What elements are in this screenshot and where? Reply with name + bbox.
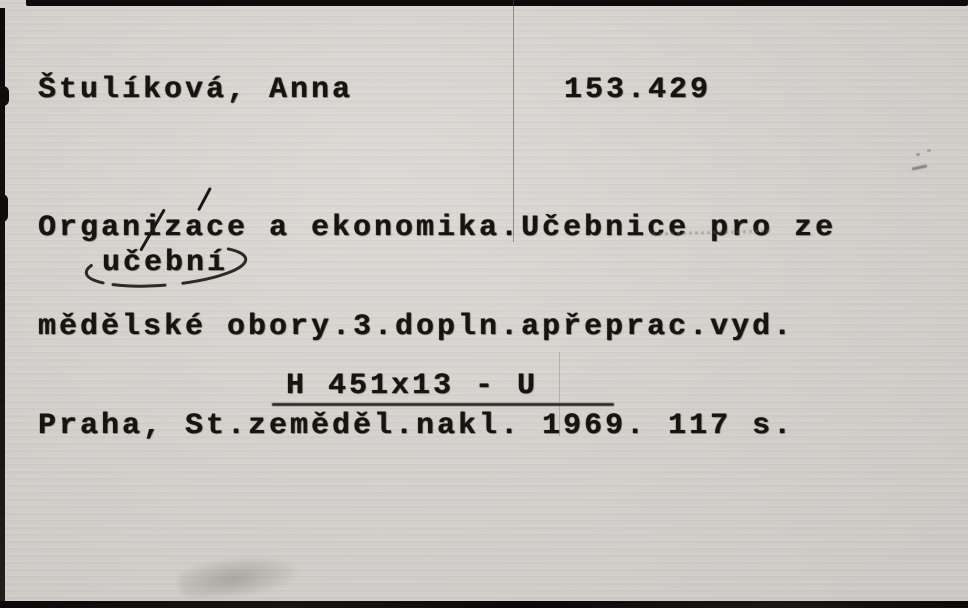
call-number: 153.429 (564, 74, 711, 107)
shelf-mark-underline (272, 403, 614, 406)
body-line: mědělské obory.3.dopln.apřeprac.vyd. (38, 311, 836, 344)
subject-annotation: učební (102, 247, 228, 280)
card-top-edge (26, 0, 968, 6)
body-line: Praha, St.zeměděl.nakl. 1969. 117 s. (38, 410, 836, 443)
faint-pencil-dot (927, 149, 931, 152)
card-left-edge-mark (0, 194, 8, 222)
card-bottom-edge (0, 601, 968, 608)
author-heading: Štulíková, Anna (38, 74, 353, 107)
faint-pencil-dash (912, 164, 927, 170)
faint-pencil-dot (916, 153, 920, 156)
bibliographic-description: Organizace a ekonomika.Učebnice pro ze m… (38, 146, 836, 509)
catalog-card-scan: Štulíková, Anna 153.429 Organizace a eko… (0, 0, 968, 608)
faded-stamp-smudge (176, 551, 299, 601)
shelf-mark: H 451x13 - U (286, 370, 538, 403)
card-left-edge-mark (0, 86, 9, 106)
